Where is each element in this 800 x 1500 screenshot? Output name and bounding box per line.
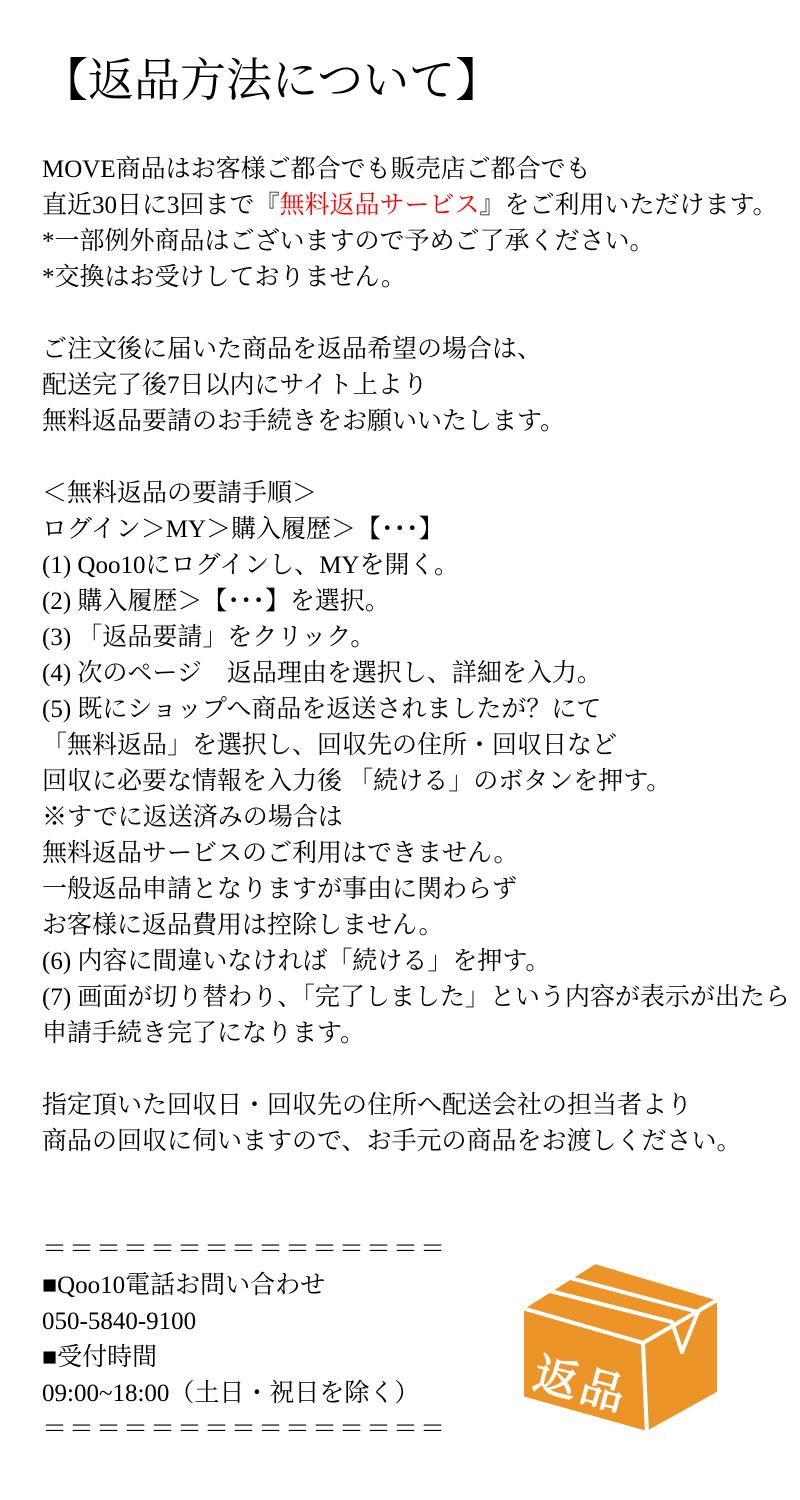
step-line: 申請手続き完了になります。 — [42, 1016, 780, 1052]
return-box-icon: 返品 — [515, 1255, 725, 1445]
step-note-line: ※すでに返送済みの場合は — [42, 800, 780, 836]
step-note-line: 無料返品サービスのご利用はできません。 — [42, 836, 780, 872]
step-line: (1) Qoo10にログインし、MYを開く。 — [42, 548, 780, 584]
steps-navigation-path: ログイン＞MY＞購入履歴＞【･･･】 — [42, 512, 780, 548]
step-line: (3) 「返品要請」をクリック。 — [42, 620, 780, 656]
step-line: (2) 購入履歴＞【･･･】を選択。 — [42, 584, 780, 620]
steps-heading: ＜無料返品の要請手順＞ — [42, 476, 780, 512]
text-line: *一部例外商品はございますので予めご了承ください。 — [42, 224, 780, 260]
text-segment: 』をご利用いただけます。 — [480, 192, 778, 219]
page-title: 【返品方法について】 — [42, 52, 780, 110]
text-line: 指定頂いた回収日・回収先の住所へ配送会社の担当者より — [42, 1088, 780, 1124]
step-line: (7) 画面が切り替わり、「完了しました」という内容が表示が出たら — [42, 980, 780, 1016]
text-line: 無料返品要請のお手続きをお願いいたします。 — [42, 404, 780, 440]
free-return-service-highlight: 無料返品サービス — [280, 192, 480, 219]
step-line: (4) 次のページ 返品理由を選択し、詳細を入力。 — [42, 656, 780, 692]
pickup-paragraph: 指定頂いた回収日・回収先の住所へ配送会社の担当者より 商品の回収に伺いますので、… — [42, 1088, 780, 1160]
return-policy-document: 【返品方法について】 MOVE商品はお客様ご都合でも販売店ご都合でも 直近30日… — [0, 0, 800, 1448]
text-line: ご注文後に届いた商品を返品希望の場合は、 — [42, 332, 780, 368]
text-line: 直近30日に3回まで『無料返品サービス』をご利用いただけます。 — [42, 188, 780, 224]
text-line: *交換はお受けしておりません。 — [42, 260, 780, 296]
text-line: 配送完了後7日以内にサイト上より — [42, 368, 780, 404]
text-line: MOVE商品はお客様ご都合でも販売店ご都合でも — [42, 152, 780, 188]
step-line: 「無料返品」を選択し、回収先の住所・回収日など — [42, 728, 780, 764]
steps-paragraph: ＜無料返品の要請手順＞ ログイン＞MY＞購入履歴＞【･･･】 (1) Qoo10… — [42, 476, 780, 1052]
step-note-line: 一般返品申請となりますが事由に関わらず — [42, 872, 780, 908]
text-line: 商品の回収に伺いますので、お手元の商品をお渡しください。 — [42, 1124, 780, 1160]
step-note-line: お客様に返品費用は控除しません。 — [42, 908, 780, 944]
step-line: 回収に必要な情報を入力後 「続ける」のボタンを押す。 — [42, 764, 780, 800]
request-paragraph: ご注文後に届いた商品を返品希望の場合は、 配送完了後7日以内にサイト上より 無料… — [42, 332, 780, 440]
step-line: (5) 既にショップへ商品を返送されましたが？にて — [42, 692, 780, 728]
intro-paragraph: MOVE商品はお客様ご都合でも販売店ご都合でも 直近30日に3回まで『無料返品サ… — [42, 152, 780, 296]
text-segment: 直近30日に3回まで『 — [42, 192, 280, 219]
step-line: (6) 内容に間違いなければ「続ける」を押す。 — [42, 944, 780, 980]
